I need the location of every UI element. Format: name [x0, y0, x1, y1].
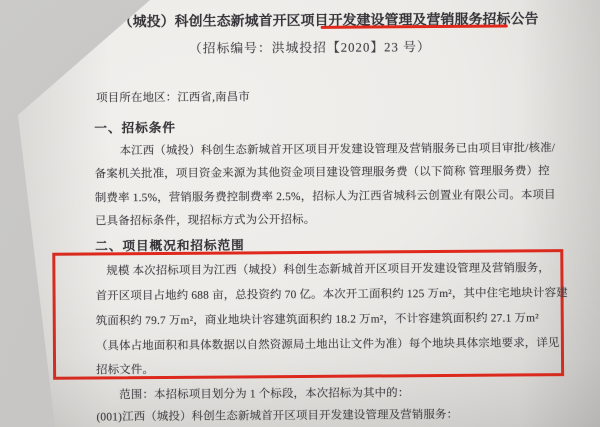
- scale-line: （具体占地面积和具体数据以自然资源局土地出让文件为准）每个地块具体宗地要求，详见: [96, 334, 560, 353]
- section-1-heading: 一、招标条件: [94, 117, 176, 137]
- red-underline-annotation: [321, 25, 508, 30]
- section-1-line: 已具备招标条件，现招标方式为公开招标。: [95, 211, 315, 229]
- project-location: 项目所在地区：江西省,南昌市: [96, 88, 250, 105]
- section-1-line: 备案机关批准，项目资金来源为其他资金项目建设管理服务费（以下简称 管理服务费）控: [95, 162, 550, 181]
- scale-line: 首开区项目占地约 688 亩，总投资约 70 亿。本次开工面积约 125 万m²…: [96, 284, 568, 303]
- document-content: 江西（城投）科创生态新城首开区项目开发建设管理及营销服务招标公告 （招标编号：洪…: [0, 0, 600, 427]
- scanned-document-photo: 江西（城投）科创生态新城首开区项目开发建设管理及营销服务招标公告 （招标编号：洪…: [0, 0, 600, 427]
- scale-line: 筑面积约 79.7 万m²，商业地块计容建筑面积约 18.2 万m²，不计容建筑…: [96, 309, 539, 328]
- bid-item-line: (001)江西（城投）科创生态新城首开区项目开发建设管理及营销服务：: [96, 406, 458, 425]
- scale-line: 招标文件。: [96, 361, 154, 377]
- tender-number: （招标编号：洪城投招【2020】23 号）: [39, 35, 581, 58]
- section-1-line: 本江西（城投）科创生态新城首开区项目开发建设管理及营销服务已由项目审批/核准/: [119, 139, 555, 158]
- paper-sheet: 江西（城投）科创生态新城首开区项目开发建设管理及营销服务招标公告 （招标编号：洪…: [0, 0, 600, 427]
- scope-line: 范围：本招标项目划分为 1 个标段，本次招标为其中的：: [119, 384, 409, 402]
- document-title: 江西（城投）科创生态新城首开区项目开发建设管理及营销服务招标公告: [39, 7, 591, 31]
- scale-line: 规模 本次招标项目为江西（城投）科创生态新城首开区项目开发建设管理及营销服务，: [106, 259, 550, 278]
- section-1-line: 制费率 1.5%，营销服务费控制费率 2.5%，招标人为江西省城科云创置业有限公…: [95, 186, 556, 205]
